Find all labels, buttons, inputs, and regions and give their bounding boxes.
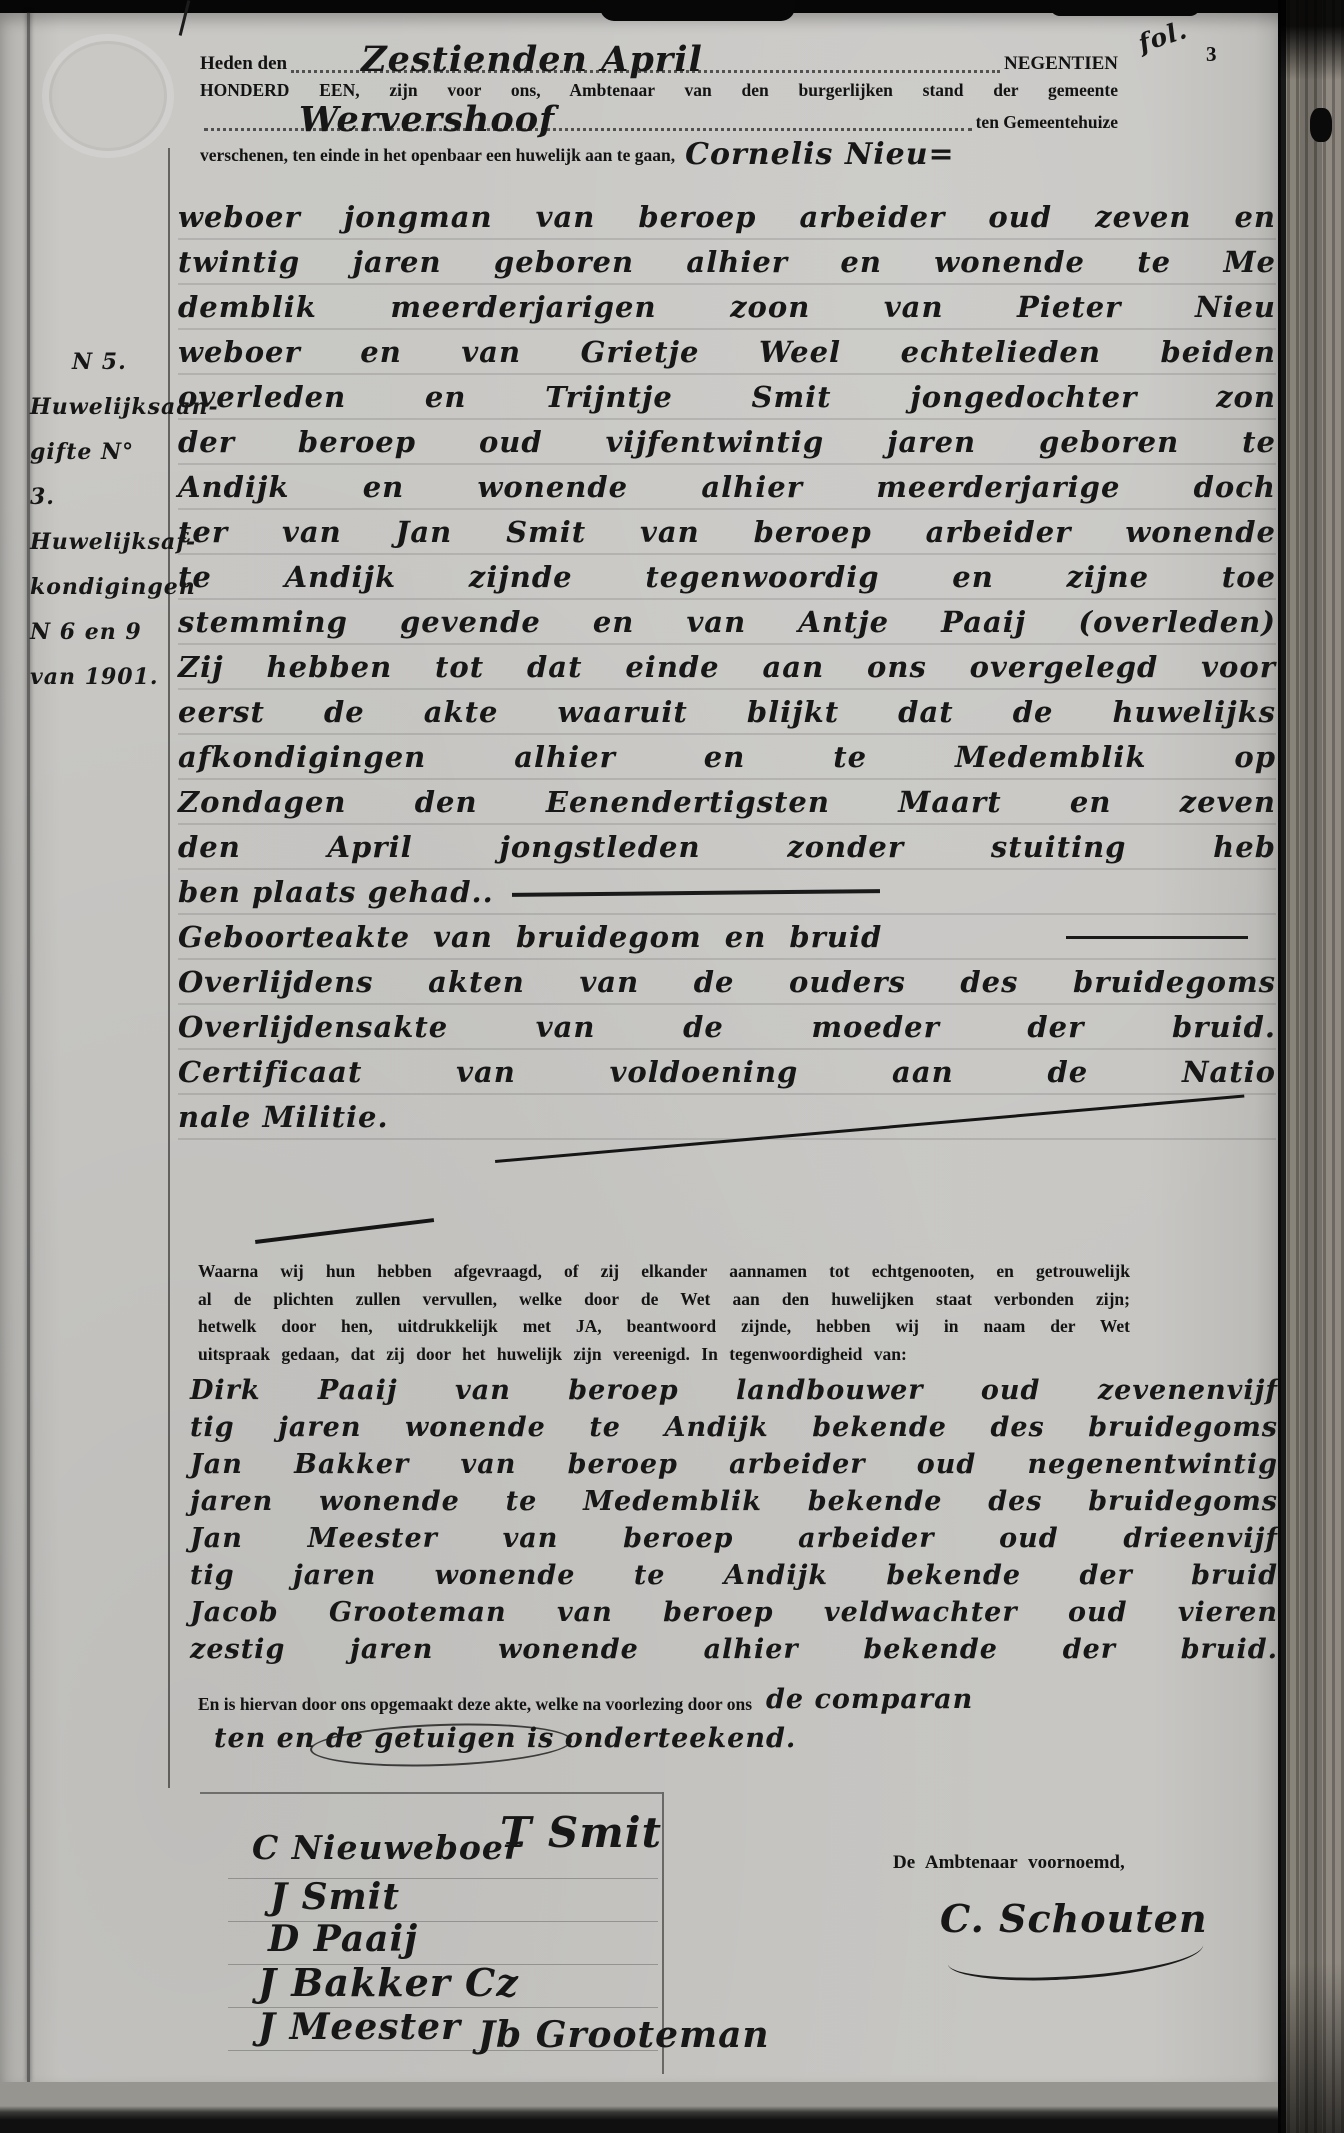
printed-oath-clause: Waarna wij hun hebben afgevraagd, of zij… xyxy=(198,1258,1130,1368)
act-body-line: overleden en Trijntje Smit jongedochter … xyxy=(178,375,1276,420)
margin-note: N 5. xyxy=(30,340,166,385)
printed-verschenen: verschenen, ten einde in het openbaar ee… xyxy=(200,145,675,166)
scan-edge-bottom xyxy=(0,2082,1284,2133)
printed-negentien: NEGENTIEN xyxy=(1004,53,1118,75)
witness-line: tig jaren wonende te Andijk bekende des … xyxy=(190,1409,1278,1446)
signature: T Smit xyxy=(500,1808,662,1857)
act-body-line: demblik meerderjarigen zoon van Pieter N… xyxy=(178,285,1276,330)
printed-clause-line: uitspraak gedaan, dat zij door het huwel… xyxy=(198,1341,1130,1369)
signature: D Paaij xyxy=(268,1918,418,1960)
act-body-line: te Andijk zijnde tegenwoordig en zijne t… xyxy=(178,555,1276,600)
act-body-line: den April jongstleden zonder stuiting he… xyxy=(178,825,1276,870)
act-body-line: weboer jongman van beroep arbeider oud z… xyxy=(178,195,1276,240)
signature: J Meester xyxy=(258,2006,461,2048)
official-title: De Ambtenaar voornoemd, xyxy=(893,1852,1125,1874)
act-body-line: Geboorteakte van bruidegom en bruid xyxy=(178,915,1276,960)
printed-closing: En is hiervan door ons opgemaakt deze ak… xyxy=(198,1694,752,1715)
witness-line: Jacob Grooteman van beroep veldwachter o… xyxy=(190,1594,1278,1631)
dotted-leader: Zestienden April xyxy=(291,46,1000,73)
act-body-line: weboer en van Grietje Weel echtelieden b… xyxy=(178,330,1276,375)
header-line-1: Heden den Zestienden April NEGENTIEN xyxy=(200,46,1118,75)
margin-note: van 1901. xyxy=(30,655,166,700)
act-body-line: Andijk en wonende alhier meerderjarige d… xyxy=(178,465,1276,510)
act-body-line: Overlijdens akten van de ouders des brui… xyxy=(178,960,1276,1005)
ink-filler-dash xyxy=(512,889,880,897)
margin-note: kondigingen xyxy=(30,565,166,610)
act-body-line: stemming gevende en van Antje Paaij (ove… xyxy=(178,600,1276,645)
scanned-marriage-record-page: fol. 3 Heden den Zestienden April NEGENT… xyxy=(0,0,1344,2133)
witness-line: tig jaren wonende te Andijk bekende der … xyxy=(190,1557,1278,1594)
act-body-line: ben plaats gehad.. xyxy=(178,870,1276,915)
header-line-2: HONDERD EEN, zijn voor ons, Ambtenaar va… xyxy=(200,80,1118,101)
groom-name-script: Cornelis Nieu= xyxy=(685,137,955,172)
signature: C Nieuweboer xyxy=(252,1828,522,1867)
official-signature: C. Schouten xyxy=(940,1896,1208,1941)
witness-script: Dirk Paaij van beroep landbouwer oud zev… xyxy=(190,1372,1278,1668)
act-body-line: Zij hebben tot dat einde aan ons overgel… xyxy=(178,645,1276,690)
signature-rule xyxy=(200,1792,662,1794)
witness-line: Jan Bakker van beroep arbeider oud negen… xyxy=(190,1446,1278,1483)
signature: J Smit xyxy=(270,1876,400,1918)
scan-edge-blob xyxy=(1050,0,1200,16)
act-body-line: nale Militie. xyxy=(178,1095,1276,1140)
witness-line: Jan Meester van beroep arbeider oud drie… xyxy=(190,1520,1278,1557)
act-body-line: Overlijdensakte van de moeder der bruid. xyxy=(178,1005,1276,1050)
binding-ink-mark xyxy=(1310,108,1332,142)
header-line-4: verschenen, ten einde in het openbaar ee… xyxy=(200,134,1278,169)
margin-note: Huwelijksaan- xyxy=(30,385,166,430)
closing-script-inline: de comparan xyxy=(766,1684,973,1715)
embossed-stamp-watermark xyxy=(42,34,174,158)
printed-clause-line: al de plichten zullen vervullen, welke d… xyxy=(198,1286,1130,1314)
witness-line: jaren wonende te Medemblik bekende des b… xyxy=(190,1483,1278,1520)
act-body-line: der beroep oud vijfentwintig jaren gebor… xyxy=(178,420,1276,465)
act-body-line: eerst de akte waaruit blijkt dat de huwe… xyxy=(178,690,1276,735)
signature: J Bakker Cz xyxy=(258,1960,519,2005)
margin-note: N 6 en 9 xyxy=(30,610,166,655)
act-body-line: Certificaat van voldoening aan de Natio xyxy=(178,1050,1276,1095)
witness-line: Dirk Paaij van beroep landbouwer oud zev… xyxy=(190,1372,1278,1409)
header-line-3: Wervershoof ten Gemeentehuize xyxy=(200,104,1118,133)
book-binding-edge xyxy=(1278,0,1344,2133)
margin-note: gifte N° 3. xyxy=(30,430,166,520)
page-crease xyxy=(27,12,30,2082)
printed-clause-line: hetwelk door hen, uitdrukkelijk met JA, … xyxy=(198,1313,1130,1341)
dotted-leader: Wervershoof xyxy=(204,104,972,131)
act-body-line: afkondigingen alhier en te Medemblik op xyxy=(178,735,1276,780)
printed-heden-den: Heden den xyxy=(200,53,287,75)
printed-clause-line: Waarna wij hun hebben afgevraagd, of zij… xyxy=(198,1258,1130,1286)
scan-edge-blob xyxy=(600,0,795,21)
act-body-line: twintig jaren geboren alhier en wonende … xyxy=(178,240,1276,285)
act-body-script: weboer jongman van beroep arbeider oud z… xyxy=(178,195,1276,1140)
ink-filler-dash xyxy=(1066,936,1248,939)
signature: Jb Grooteman xyxy=(478,2014,770,2056)
page-number: 3 xyxy=(1206,42,1217,67)
witness-line: zestig jaren wonende alhier bekende der … xyxy=(190,1631,1278,1668)
act-body-line: ter van Jan Smit van beroep arbeider won… xyxy=(178,510,1276,555)
margin-note: Huwelijksaf- xyxy=(30,520,166,565)
date-script: Zestienden April xyxy=(361,39,703,80)
margin-notes: N 5. Huwelijksaan- gifte N° 3. Huwelijks… xyxy=(30,340,166,700)
printed-ten-gemeentehuize: ten Gemeentehuize xyxy=(976,112,1118,133)
act-body-line: Zondagen den Eenendertigsten Maart en ze… xyxy=(178,780,1276,825)
